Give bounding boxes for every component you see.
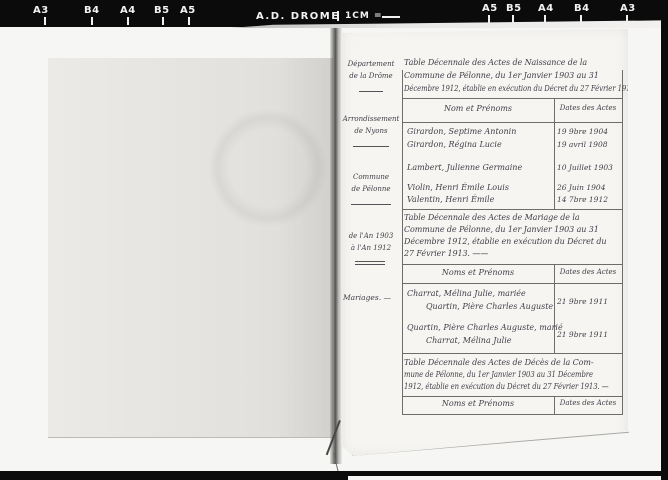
calibration-tick bbox=[488, 15, 490, 23]
margin-underline bbox=[353, 146, 389, 147]
calibration-tick bbox=[188, 17, 190, 25]
row-name: Quartin, Pière Charles Auguste, marié bbox=[407, 323, 563, 332]
row-name: Violin, Henri Émile Louis bbox=[407, 183, 509, 192]
margin-note-period: à l'An 1912 bbox=[341, 244, 401, 252]
table-rule-h bbox=[402, 353, 623, 354]
scale-dash bbox=[382, 16, 400, 18]
margin-underline bbox=[355, 261, 385, 262]
margin-note-period: de l'An 1903 bbox=[341, 232, 401, 240]
calibration-tick bbox=[512, 15, 514, 23]
row-name: Valentin, Henri Émile bbox=[407, 195, 494, 204]
row-date: 21 9bre 1911 bbox=[557, 330, 608, 339]
table-rule-h bbox=[402, 209, 623, 210]
blank-left-page bbox=[48, 58, 333, 438]
film-frame-right-edge bbox=[661, 0, 668, 480]
row-name: Lambert, Julienne Germaine bbox=[407, 163, 522, 172]
column-header-names: Noms et Prénoms bbox=[402, 268, 554, 277]
row-spouse: Quartin, Pière Charles Auguste bbox=[426, 302, 553, 311]
mariages-heading-line: 27 Février 1913. —— bbox=[404, 249, 488, 258]
calibration-tick bbox=[44, 17, 46, 25]
mariages-heading-line: Commune de Pélonne, du 1er Janvier 1903 … bbox=[404, 225, 599, 234]
row-date: 21 9bre 1911 bbox=[557, 297, 608, 306]
calibration-marker-label: A5 bbox=[180, 5, 196, 16]
scale-label: 1CM = bbox=[345, 11, 383, 21]
calibration-marker-label: A3 bbox=[33, 5, 49, 16]
table-rule-h bbox=[402, 264, 623, 265]
calibration-marker-label: A5 bbox=[482, 3, 498, 14]
column-header-dates: Dates des Actes bbox=[554, 399, 622, 407]
calibration-marker-label: B4 bbox=[84, 5, 100, 16]
calibration-tick bbox=[162, 17, 164, 25]
table-rule-column bbox=[554, 264, 555, 353]
margin-note-commune: Commune bbox=[341, 173, 401, 181]
deces-heading-line: 1912, établie en exécution du Décret du … bbox=[404, 382, 609, 391]
archive-name-label: A.D. DROME bbox=[256, 11, 340, 22]
table-rule-h bbox=[402, 122, 623, 123]
naissances-heading-line: Décembre 1912, établie en exécution du D… bbox=[404, 84, 637, 93]
book-gutter-shadow bbox=[330, 28, 342, 464]
calibration-marker-label: A4 bbox=[538, 3, 554, 14]
microfilm-frame: A3 B4 A4 B5 A5 A.D. DROME 1CM = A5 B5 A4… bbox=[0, 0, 668, 480]
margin-note-arrondissement: de Nyons bbox=[341, 127, 401, 135]
naissances-heading-line: Table Décennale des Actes de Naissance d… bbox=[404, 58, 587, 67]
table-rule-h bbox=[402, 283, 623, 284]
table-rule-h bbox=[402, 98, 623, 99]
table-decennale-page: Département de la Drôme Arrondissement d… bbox=[341, 27, 628, 457]
row-name: Girardon, Septime Antonin bbox=[407, 127, 516, 136]
calibration-marker-label: A3 bbox=[620, 3, 636, 14]
row-date: 10 Juillet 1903 bbox=[557, 163, 613, 172]
scale-tick bbox=[337, 11, 339, 21]
calibration-tick bbox=[91, 17, 93, 25]
row-date: 14 7bre 1912 bbox=[557, 195, 608, 204]
mariages-heading-line: Décembre 1912, établie en exécution du D… bbox=[404, 237, 606, 246]
mariages-heading-line: Table Décennale des Actes de Mariage de … bbox=[404, 213, 580, 222]
column-header-names: Nom et Prénoms bbox=[402, 104, 554, 113]
row-name: Charrat, Mélina Julie, mariée bbox=[407, 289, 526, 298]
table-rule-h bbox=[402, 414, 623, 415]
film-frame-bottom-light bbox=[348, 476, 661, 480]
row-date: 26 Juin 1904 bbox=[557, 183, 605, 192]
column-header-names: Noms et Prénoms bbox=[402, 399, 554, 408]
row-name: Girardon, Régina Lucie bbox=[407, 140, 502, 149]
margin-underline bbox=[351, 204, 391, 205]
margin-underline bbox=[355, 264, 385, 265]
deces-heading-line: Table Décennale des Actes de Décès de la… bbox=[404, 358, 593, 367]
calibration-marker-label: B5 bbox=[506, 3, 522, 14]
calibration-marker-label: B4 bbox=[574, 3, 590, 14]
margin-note-mariages: Mariages. — bbox=[343, 293, 391, 302]
margin-underline bbox=[359, 91, 383, 92]
margin-note-arrondissement: Arrondissement bbox=[341, 115, 401, 123]
calibration-marker-label: A4 bbox=[120, 5, 136, 16]
margin-note-departement: de la Drôme bbox=[341, 72, 401, 80]
row-spouse: Charrat, Mélina Julie bbox=[426, 336, 511, 345]
calibration-marker-label: B5 bbox=[154, 5, 170, 16]
column-header-dates: Dates des Actes bbox=[554, 104, 622, 112]
calibration-tick bbox=[127, 17, 129, 25]
margin-note-departement: Département bbox=[341, 60, 401, 68]
table-rule-column bbox=[554, 98, 555, 209]
row-date: 19 avril 1908 bbox=[557, 140, 608, 149]
page-stain bbox=[198, 98, 338, 238]
margin-note-commune: de Pélonne bbox=[341, 185, 401, 193]
table-rule-h bbox=[402, 396, 623, 397]
row-date: 19 9bre 1904 bbox=[557, 127, 608, 136]
column-header-dates: Dates des Actes bbox=[554, 268, 622, 276]
deces-heading-line: mune de Pélonne, du 1er Janvier 1903 au … bbox=[404, 370, 593, 379]
naissances-heading-line: Commune de Pélonne, du 1er Janvier 1903 … bbox=[404, 71, 599, 80]
